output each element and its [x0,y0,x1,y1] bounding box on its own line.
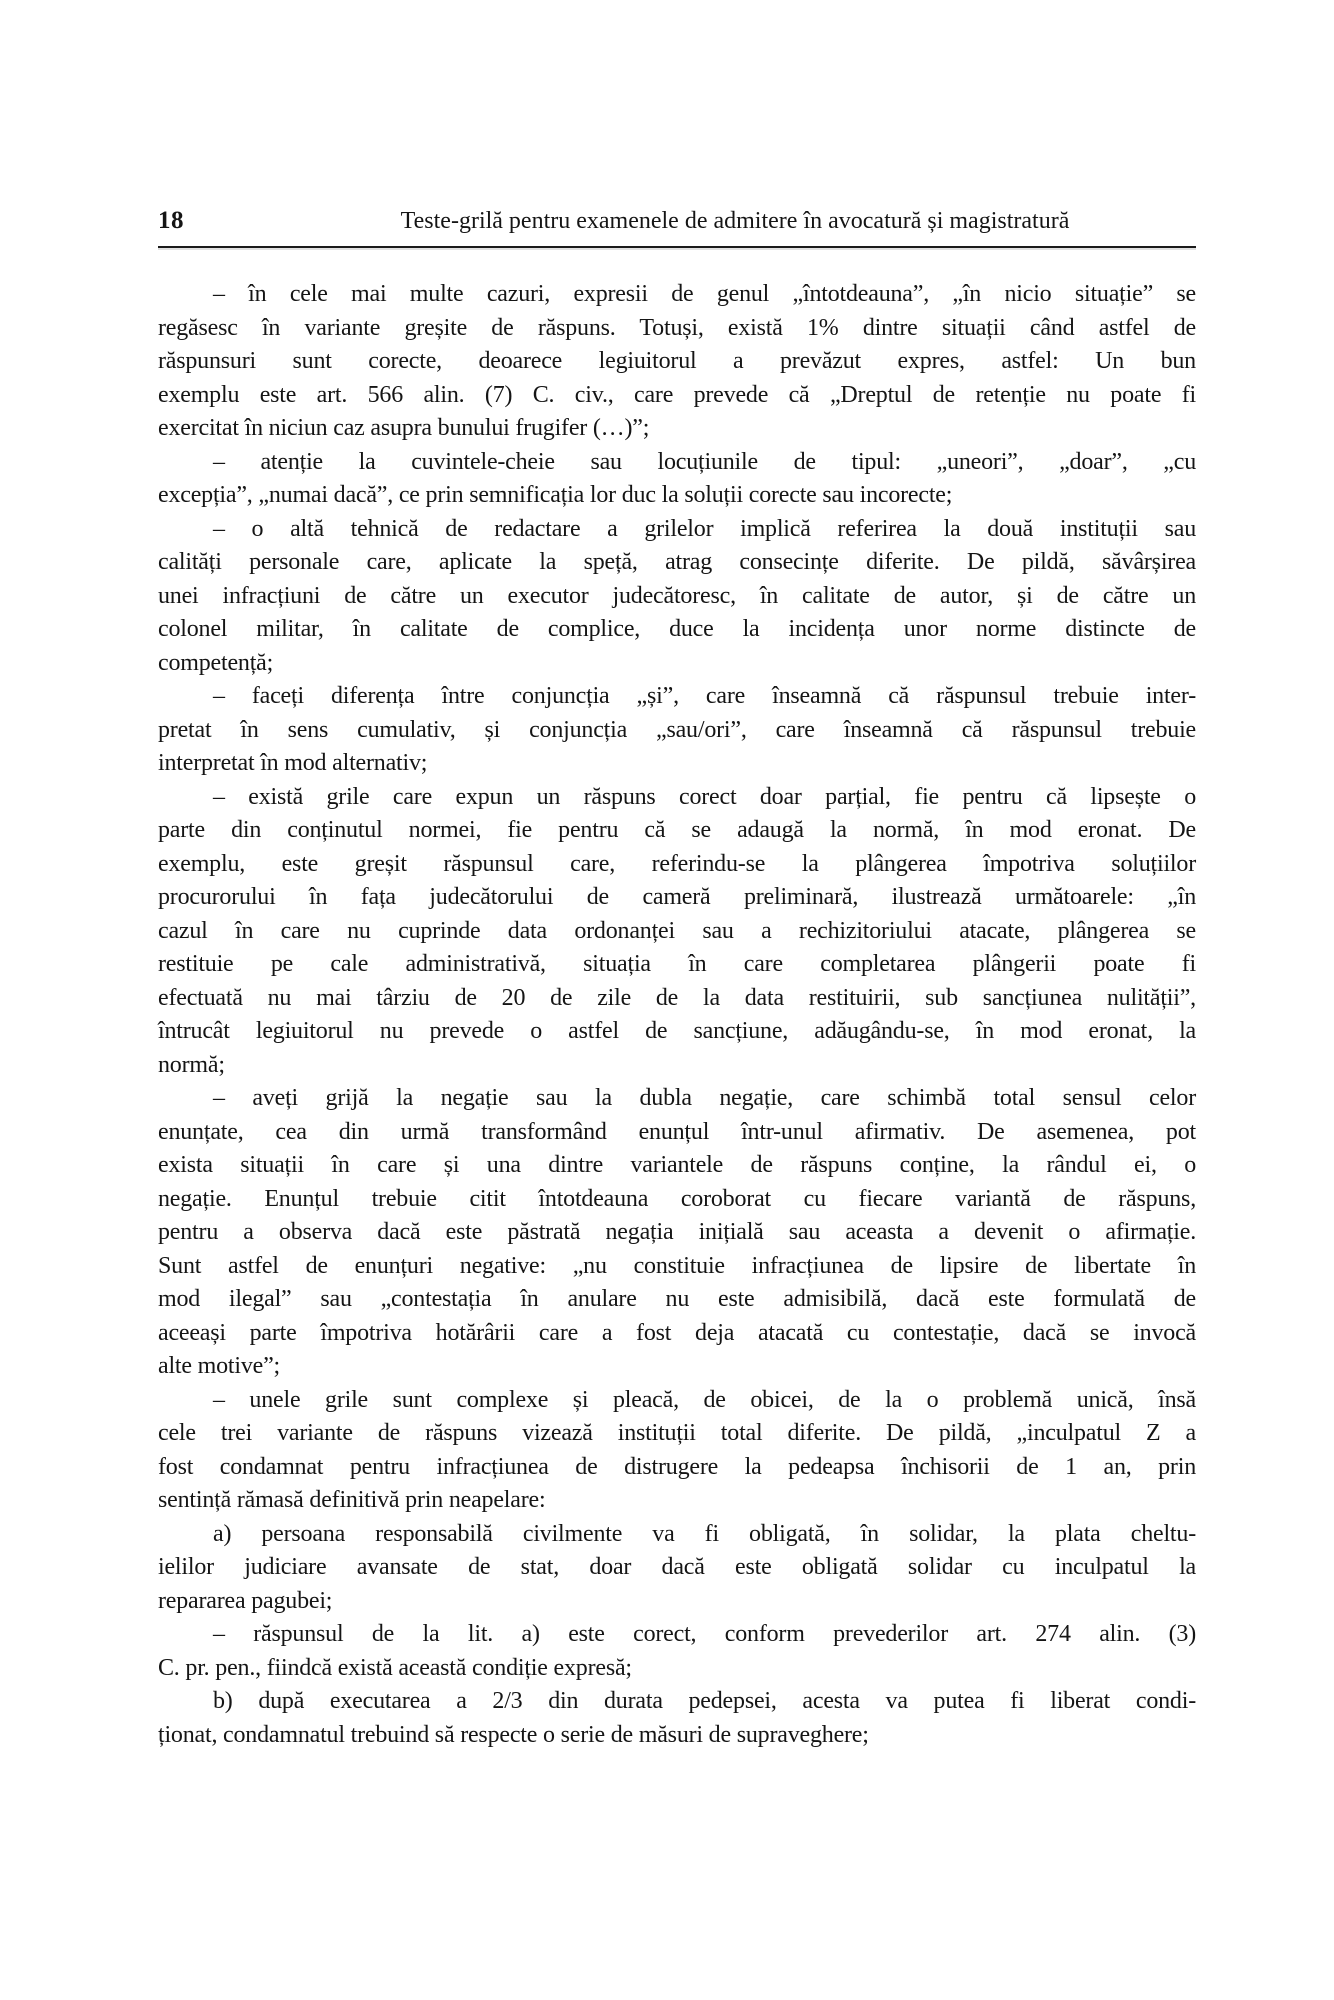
paragraph: – aveți grijă la negație sau la dubla ne… [158,1082,1196,1384]
running-title: Teste-grilă pentru examenele de admitere… [248,206,1196,236]
paragraph: b) după executarea a 2/3 din durata pede… [158,1685,1196,1752]
text-line: efectuată nu mai târziu de 20 de zile de… [158,982,1196,1016]
text-line: răspunsuri sunt corecte, deoarece legiui… [158,345,1196,379]
text-line: – există grile care expun un răspuns cor… [158,781,1196,815]
text-line: procurorului în fața judecătorului de ca… [158,881,1196,915]
text-line: cele trei variante de răspuns vizează in… [158,1417,1196,1451]
text-line: cazul în care nu cuprinde data ordonanțe… [158,915,1196,949]
text-line: exemplu este art. 566 alin. (7) C. civ.,… [158,379,1196,413]
text-line: unei infracțiuni de către un executor ju… [158,580,1196,614]
paragraph: – în cele mai multe cazuri, expresii de … [158,278,1196,446]
text-line: colonel militar, în calitate de complice… [158,613,1196,647]
page-header: 18 Teste-grilă pentru examenele de admit… [158,206,1196,236]
text-line: pretat în sens cumulativ, și conjuncția … [158,714,1196,748]
paragraph: – o altă tehnică de redactare a grilelor… [158,513,1196,681]
text-line: parte din conținutul normei, fie pentru … [158,814,1196,848]
text-line: exercitat în niciun caz asupra bunului f… [158,412,1196,446]
text-line: sentință rămasă definitivă prin neapelar… [158,1484,1196,1518]
paragraph: – faceți diferența între conjuncția „și”… [158,680,1196,781]
text-line: normă; [158,1049,1196,1083]
text-line: – atenție la cuvintele-cheie sau locuțiu… [158,446,1196,480]
text-line: – o altă tehnică de redactare a grilelor… [158,513,1196,547]
text-line: C. pr. pen., fiindcă există această cond… [158,1652,1196,1686]
text-line: – faceți diferența între conjuncția „și”… [158,680,1196,714]
text-line: exista situații în care și una dintre va… [158,1149,1196,1183]
paragraph: – răspunsul de la lit. a) este corect, c… [158,1618,1196,1685]
text-line: negație. Enunțul trebuie citit întotdeau… [158,1183,1196,1217]
text-line: ționat, condamnatul trebuind să respecte… [158,1719,1196,1753]
text-line: Sunt astfel de enunțuri negative: „nu co… [158,1250,1196,1284]
text-line: competență; [158,647,1196,681]
text-line: a) persoana responsabilă civilmente va f… [158,1518,1196,1552]
text-line: pentru a observa dacă este păstrată nega… [158,1216,1196,1250]
paragraph: a) persoana responsabilă civilmente va f… [158,1518,1196,1619]
text-line: – aveți grijă la negație sau la dubla ne… [158,1082,1196,1116]
text-line: repararea pagubei; [158,1585,1196,1619]
text-line: mod ilegal” sau „contestația în anulare … [158,1283,1196,1317]
paragraph: – unele grile sunt complexe și pleacă, d… [158,1384,1196,1518]
text-line: – în cele mai multe cazuri, expresii de … [158,278,1196,312]
page-number: 18 [158,206,248,236]
text-line: ielilor judiciare avansate de stat, doar… [158,1551,1196,1585]
text-line: – răspunsul de la lit. a) este corect, c… [158,1618,1196,1652]
text-line: exemplu, este greșit răspunsul care, ref… [158,848,1196,882]
text-line: aceeași parte împotriva hotărârii care a… [158,1317,1196,1351]
header-rule [158,246,1196,248]
text-line: enunțate, cea din urmă transformând enun… [158,1116,1196,1150]
body-text: – în cele mai multe cazuri, expresii de … [158,278,1196,1752]
text-line: întrucât legiuitorul nu prevede o astfel… [158,1015,1196,1049]
text-line: fost condamnat pentru infracțiunea de di… [158,1451,1196,1485]
text-line: restituie pe cale administrativă, situaț… [158,948,1196,982]
text-line: b) după executarea a 2/3 din durata pede… [158,1685,1196,1719]
text-line: – unele grile sunt complexe și pleacă, d… [158,1384,1196,1418]
paragraph: – atenție la cuvintele-cheie sau locuțiu… [158,446,1196,513]
text-line: interpretat în mod alternativ; [158,747,1196,781]
paragraph: – există grile care expun un răspuns cor… [158,781,1196,1083]
text-line: calități personale care, aplicate la spe… [158,546,1196,580]
text-line: excepția”, „numai dacă”, ce prin semnifi… [158,479,1196,513]
book-page: 18 Teste-grilă pentru examenele de admit… [0,0,1334,2000]
text-line: alte motive”; [158,1350,1196,1384]
text-line: regăsesc în variante greșite de răspuns.… [158,312,1196,346]
